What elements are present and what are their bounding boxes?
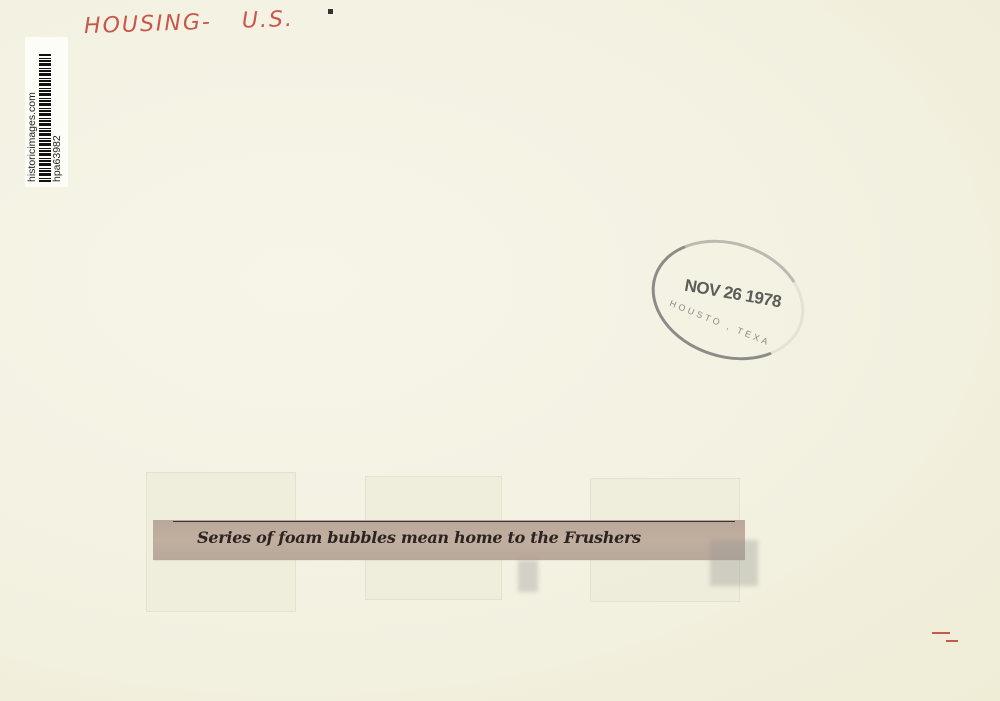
glue-stain [518,560,538,592]
archive-site: historicimages.com [27,92,38,182]
archive-label: historicimages.com hpa63982 [25,37,68,187]
date-stamp: NOV 26 1978 HOUSTO , TEXA [648,240,808,358]
photo-back: HOUSING-U.S. historicimages.com hpa63982… [0,0,1000,701]
caption-text: Series of foam bubbles mean home to the … [153,528,685,547]
archive-id: hpa63982 [52,135,63,182]
handwritten-subject: HOUSING- [84,10,213,39]
handwritten-note: HOUSING-U.S. [84,6,325,39]
handwritten-region: U.S. [241,7,294,34]
ink-dot [328,9,333,14]
glue-stain [710,540,758,586]
caption-clipping: Series of foam bubbles mean home to the … [153,520,745,560]
barcode-icon [39,54,51,182]
margin-mark [932,632,950,634]
margin-mark [946,640,958,642]
